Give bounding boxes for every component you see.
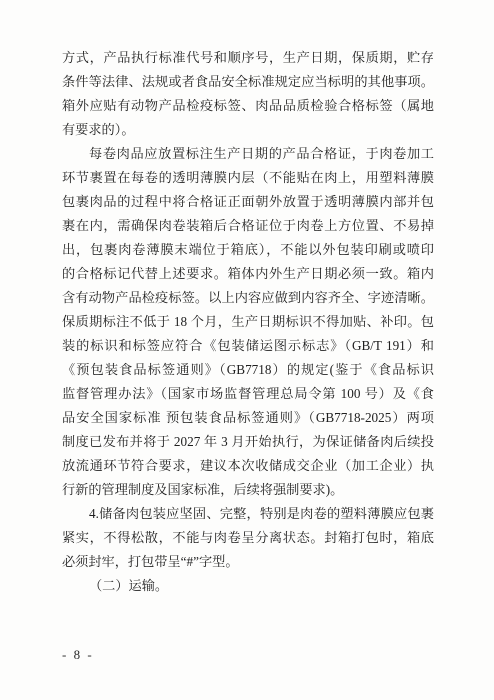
text-line: 含有动物产品检疫标签。以上内容应做到内容齐全、字迹清晰。 bbox=[62, 286, 434, 310]
text-line: 出，包裹肉卷薄膜末端位于箱底），不能以外包装印刷或喷印 bbox=[62, 238, 434, 262]
text-line: 条件等法律、法规或者食品安全标准规定应当标明的其他事项。 bbox=[62, 70, 434, 94]
text-line: 制度已发布并将于 2027 年 3 月开始执行，为保证储备肉后续投 bbox=[62, 430, 434, 454]
document-page: 方式，产品执行标准代号和顺序号，生产日期，保质期，贮存条件等法律、法规或者食品安… bbox=[0, 0, 494, 700]
text-line: 必须封牢，打包带呈“#”字型。 bbox=[62, 550, 434, 574]
text-line: 环节裹置在每卷的透明薄膜内层（不能贴在肉上，用塑料薄膜 bbox=[62, 166, 434, 190]
text-line: 保质期标注不低于 18 个月，生产日期标识不得加贴、补印。包 bbox=[62, 310, 434, 334]
text-line: 监督管理办法》（国家市场监督管理总局令第 100 号）及《食 bbox=[62, 382, 434, 406]
page-number: - 8 - bbox=[62, 646, 94, 664]
document-text-block: 方式，产品执行标准代号和顺序号，生产日期，保质期，贮存条件等法律、法规或者食品安… bbox=[62, 46, 434, 598]
text-line: 装的标识和标签应符合《包装储运图示标志》（GB/T 191）和 bbox=[62, 334, 434, 358]
text-line: （二）运输。 bbox=[62, 574, 434, 598]
text-line: 每卷肉品应放置标注生产日期的产品合格证，于肉卷加工 bbox=[62, 142, 434, 166]
text-line: 《预包装食品标签通则》（GB7718）的规定(鉴于《食品标识 bbox=[62, 358, 434, 382]
text-line: 箱外应贴有动物产品检疫标签、肉品品质检验合格标签（属地 bbox=[62, 94, 434, 118]
text-line: 品安全国家标准 预包装食品标签通则》（GB7718-2025）两项 bbox=[62, 406, 434, 430]
text-line: 方式，产品执行标准代号和顺序号，生产日期，保质期，贮存 bbox=[62, 46, 434, 70]
text-line: 有要求的）。 bbox=[62, 118, 434, 142]
text-line: 的合格标记代替上述要求。箱体内外生产日期必须一致。箱内 bbox=[62, 262, 434, 286]
text-line: 紧实，不得松散，不能与肉卷呈分离状态。封箱打包时，箱底 bbox=[62, 526, 434, 550]
text-line: 放流通环节符合要求，建议本次收储成交企业（加工企业）执 bbox=[62, 454, 434, 478]
text-line: 行新的管理制度及国家标准，后续将强制要求)。 bbox=[62, 478, 434, 502]
text-line: 4.储备肉包装应坚固、完整，特别是肉卷的塑料薄膜应包裹 bbox=[62, 502, 434, 526]
text-line: 裹在内，需确保肉卷装箱后合格证位于肉卷上方位置、不易掉 bbox=[62, 214, 434, 238]
text-line: 包裹肉品的过程中将合格证正面朝外放置于透明薄膜内部并包 bbox=[62, 190, 434, 214]
